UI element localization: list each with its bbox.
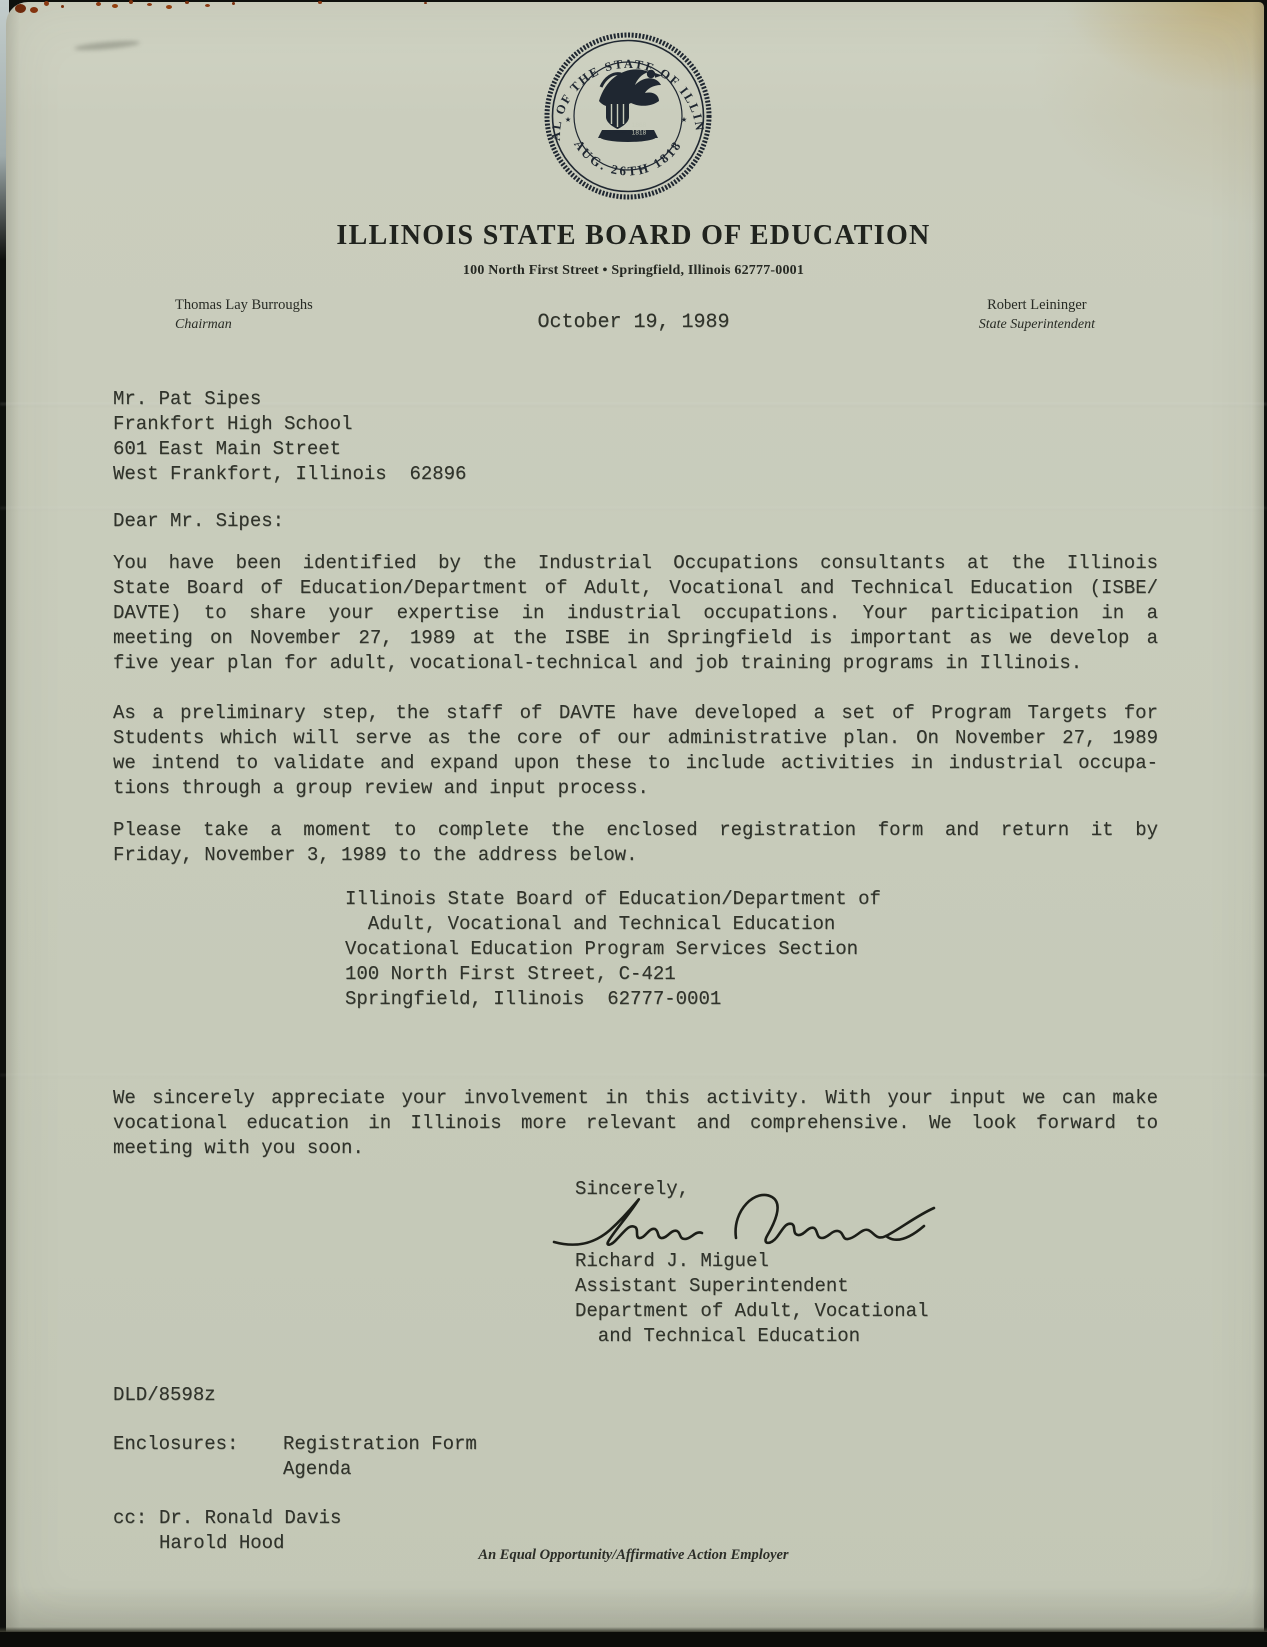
body-line: Friday, November 3, 1989 to the address … — [113, 843, 1158, 868]
body-line: tions through a group review and input p… — [113, 776, 1158, 801]
signer-name: Richard J. Miguel — [575, 1249, 928, 1274]
paragraph-1: You have been identified by the Industri… — [113, 551, 1158, 676]
enclosure-item: Agenda — [283, 1457, 477, 1482]
recipient-address: Mr. Pat Sipes Frankfort High School 601 … — [113, 387, 1158, 487]
signer-title: Assistant Superintendent — [575, 1274, 928, 1299]
signature-block: Richard J. Miguel Assistant Superintende… — [575, 1249, 928, 1349]
body-line: meeting on November 27, 1989 at the ISBE… — [113, 626, 1158, 651]
seal-year-1818: 1818 — [632, 130, 647, 137]
salutation-line: Dear Mr. Sipes: — [113, 509, 1158, 534]
body-line: We sincerely appreciate your involvement… — [113, 1086, 1158, 1111]
seal-star-icon: ★ — [565, 115, 571, 126]
signer-title: Department of Adult, Vocational — [575, 1299, 928, 1324]
scanned-letter-page: SEAL OF THE STATE OF ILLINOIS AUG. 26TH … — [0, 0, 1267, 1647]
salutation: Dear Mr. Sipes: — [113, 509, 1158, 534]
body-line: As a preliminary step, the staff of DAVT… — [113, 701, 1158, 726]
cc-name: Dr. Ronald Davis — [159, 1506, 341, 1531]
body-line: DAVTE) to share your expertise in indust… — [113, 601, 1158, 626]
enclosures-block: Enclosures: Registration Form Agenda — [113, 1432, 477, 1482]
inside-address-line: Springfield, Illinois 62777-0001 — [345, 987, 881, 1012]
enclosures-label: Enclosures: — [113, 1432, 283, 1482]
inside-address-line: 100 North First Street, C-421 — [345, 962, 881, 987]
equal-opportunity-footer: An Equal Opportunity/Affirmative Action … — [0, 1547, 1267, 1564]
body-line: Students which will serve as the core of… — [113, 726, 1158, 751]
illinois-state-seal: SEAL OF THE STATE OF ILLINOIS AUG. 26TH … — [542, 30, 714, 202]
recipient-line: 601 East Main Street — [113, 437, 1158, 462]
body-line: meeting with you soon. — [113, 1136, 1158, 1161]
paragraph-3: Please take a moment to complete the enc… — [113, 818, 1158, 868]
inside-address-line: Vocational Education Program Services Se… — [345, 937, 881, 962]
body-line: we intend to validate and expand upon th… — [113, 751, 1158, 776]
seal-year-1868: 1868 — [632, 122, 647, 129]
signer-title: and Technical Education — [575, 1324, 928, 1349]
recipient-line: Frankfort High School — [113, 412, 1158, 437]
seal-star-icon: ★ — [681, 115, 687, 126]
body-line: five year plan for adult, vocational-tec… — [113, 651, 1158, 676]
body-line: Please take a moment to complete the enc… — [113, 818, 1158, 843]
body-line: You have been identified by the Industri… — [113, 551, 1158, 576]
inside-address-line: Illinois State Board of Education/Depart… — [345, 887, 881, 912]
recipient-line: West Frankfort, Illinois 62896 — [113, 462, 1158, 487]
letterhead-title: ILLINOIS STATE BOARD OF EDUCATION — [0, 220, 1267, 252]
reference-number: DLD/8598z — [113, 1384, 216, 1406]
seal-eagle-emblem: 1868 1818 — [598, 69, 662, 142]
seal-eagle-head — [647, 70, 655, 78]
seal-arc-bottom-text: AUG. 26TH 1818 — [571, 137, 685, 179]
recipient-line: Mr. Pat Sipes — [113, 387, 1158, 412]
body-line: State Board of Education/Department of A… — [113, 576, 1158, 601]
seal-graphic: SEAL OF THE STATE OF ILLINOIS AUG. 26TH … — [542, 30, 714, 202]
letterhead-address: 100 North First Street • Springfield, Il… — [0, 263, 1267, 279]
letter-date: October 19, 1989 — [0, 311, 1267, 334]
enclosure-item: Registration Form — [283, 1432, 477, 1457]
inside-address-line: Adult, Vocational and Technical Educatio… — [345, 912, 881, 937]
paragraph-2: As a preliminary step, the staff of DAVT… — [113, 701, 1158, 801]
paragraph-4: We sincerely appreciate your involvement… — [113, 1086, 1158, 1161]
enclosures-items: Registration Form Agenda — [283, 1432, 477, 1482]
seal-ground — [600, 132, 656, 142]
inside-address: Illinois State Board of Education/Depart… — [345, 887, 881, 1012]
body-line: vocational education in Illinois more re… — [113, 1111, 1158, 1136]
